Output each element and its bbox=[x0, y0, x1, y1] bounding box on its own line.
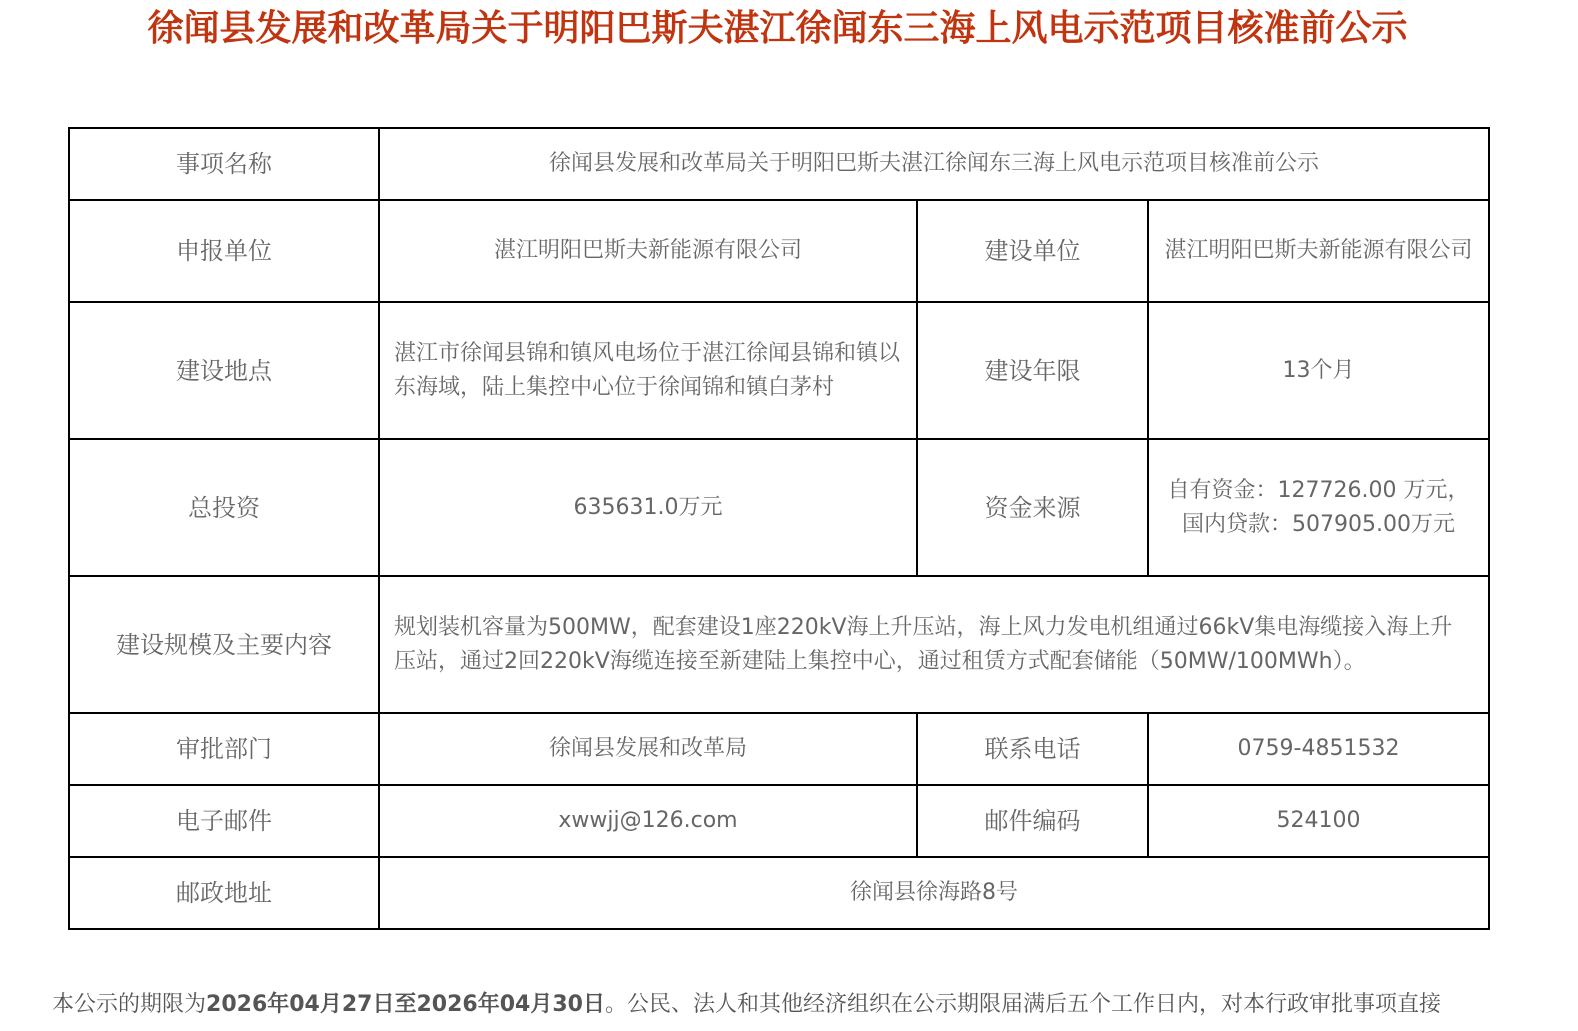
applicant-label: 申报单位 bbox=[69, 200, 379, 302]
publicity-period-note: 本公示的期限为2026年04月27日至2026年04月30日。公民、法人和其他经… bbox=[52, 988, 1572, 1022]
phone-value: 0759-4851532 bbox=[1148, 713, 1489, 785]
table-row: 申报单位 湛江明阳巴斯夫新能源有限公司 建设单位 湛江明阳巴斯夫新能源有限公司 bbox=[69, 200, 1489, 302]
total-investment-value: 635631.0万元 bbox=[379, 439, 917, 576]
item-name-label: 事项名称 bbox=[69, 128, 379, 200]
end-date: 2026年04月30日 bbox=[417, 992, 605, 1017]
duration-value: 13个月 bbox=[1148, 302, 1489, 439]
funding-source-value: 自有资金：127726.00 万元，国内贷款：507905.00万元 bbox=[1148, 439, 1489, 576]
item-name-value: 徐闻县发展和改革局关于明阳巴斯夫湛江徐闻东三海上风电示范项目核准前公示 bbox=[379, 128, 1489, 200]
note-suffix: 。公民、法人和其他经济组织在公示期限届满后五个工作日内，对本行政审批事项直接 bbox=[605, 992, 1441, 1017]
total-investment-label: 总投资 bbox=[69, 439, 379, 576]
postcode-label: 邮件编码 bbox=[917, 785, 1148, 857]
note-prefix: 本公示的期限为 bbox=[52, 992, 206, 1017]
location-value: 湛江市徐闻县锦和镇风电场位于湛江徐闻县锦和镇以东海域，陆上集控中心位于徐闻锦和镇… bbox=[379, 302, 917, 439]
funding-source-label: 资金来源 bbox=[917, 439, 1148, 576]
address-label: 邮政地址 bbox=[69, 857, 379, 929]
email-label: 电子邮件 bbox=[69, 785, 379, 857]
builder-label: 建设单位 bbox=[917, 200, 1148, 302]
page-title: 徐闻县发展和改革局关于明阳巴斯夫湛江徐闻东三海上风电示范项目核准前公示 bbox=[0, 6, 1555, 52]
phone-label: 联系电话 bbox=[917, 713, 1148, 785]
table-row: 电子邮件 xwwjj@126.com 邮件编码 524100 bbox=[69, 785, 1489, 857]
approval-dept-label: 审批部门 bbox=[69, 713, 379, 785]
scale-label: 建设规模及主要内容 bbox=[69, 576, 379, 713]
email-value: xwwjj@126.com bbox=[379, 785, 917, 857]
postcode-value: 524100 bbox=[1148, 785, 1489, 857]
duration-label: 建设年限 bbox=[917, 302, 1148, 439]
table-row: 事项名称 徐闻县发展和改革局关于明阳巴斯夫湛江徐闻东三海上风电示范项目核准前公示 bbox=[69, 128, 1489, 200]
start-date: 2026年04月27日 bbox=[206, 992, 394, 1017]
approval-dept-value: 徐闻县发展和改革局 bbox=[379, 713, 917, 785]
builder-value: 湛江明阳巴斯夫新能源有限公司 bbox=[1148, 200, 1489, 302]
table-row: 建设地点 湛江市徐闻县锦和镇风电场位于湛江徐闻县锦和镇以东海域，陆上集控中心位于… bbox=[69, 302, 1489, 439]
table-row: 审批部门 徐闻县发展和改革局 联系电话 0759-4851532 bbox=[69, 713, 1489, 785]
location-label: 建设地点 bbox=[69, 302, 379, 439]
scale-value: 规划装机容量为500MW，配套建设1座220kV海上升压站，海上风力发电机组通过… bbox=[379, 576, 1489, 713]
table-row: 建设规模及主要内容 规划装机容量为500MW，配套建设1座220kV海上升压站，… bbox=[69, 576, 1489, 713]
applicant-value: 湛江明阳巴斯夫新能源有限公司 bbox=[379, 200, 917, 302]
table-row: 总投资 635631.0万元 资金来源 自有资金：127726.00 万元，国内… bbox=[69, 439, 1489, 576]
address-value: 徐闻县徐海路8号 bbox=[379, 857, 1489, 929]
note-to: 至 bbox=[394, 992, 416, 1017]
table-row: 邮政地址 徐闻县徐海路8号 bbox=[69, 857, 1489, 929]
project-info-table: 事项名称 徐闻县发展和改革局关于明阳巴斯夫湛江徐闻东三海上风电示范项目核准前公示… bbox=[68, 127, 1490, 930]
